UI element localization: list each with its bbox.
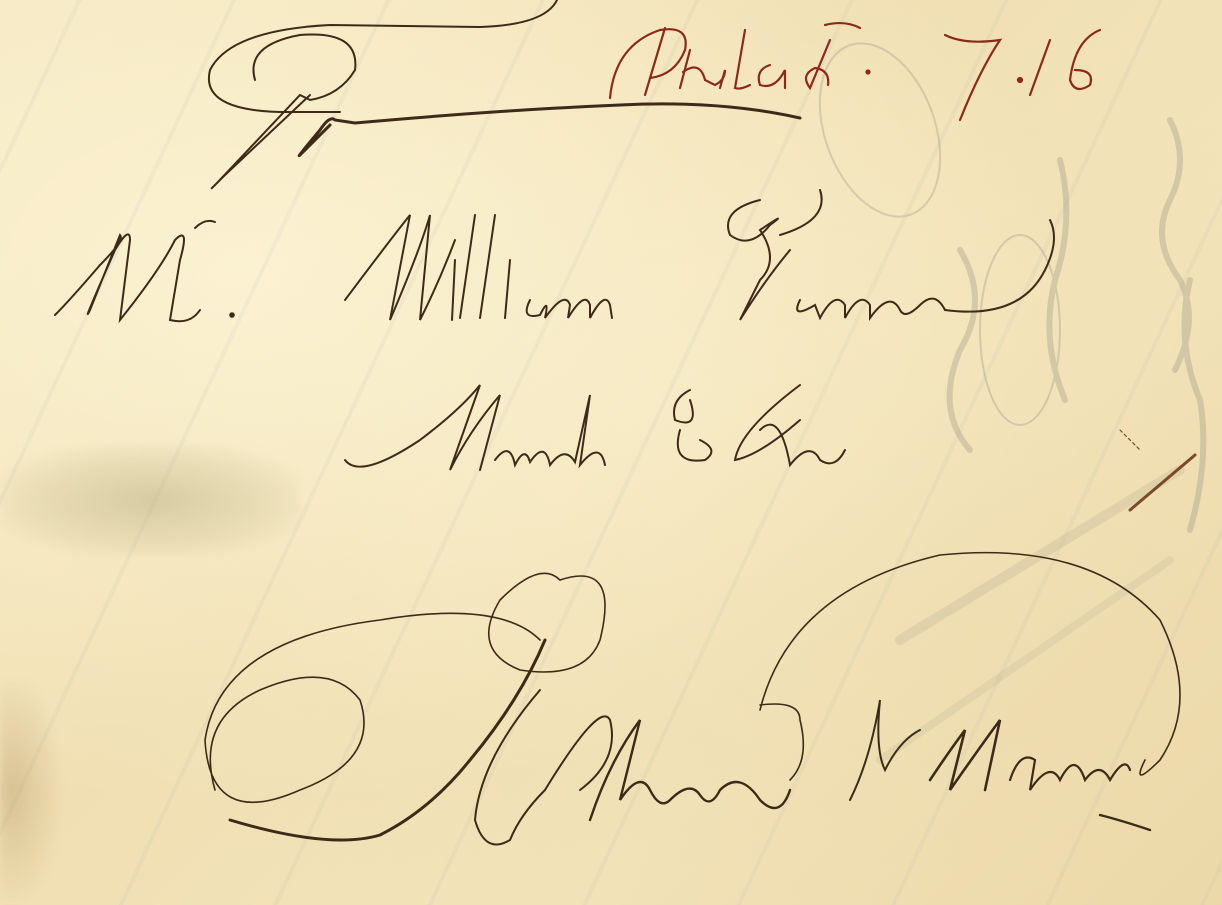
routing-mark-pr [209,0,800,188]
letter-cover: pr. Philad 7.16 Mr. William Vernon Merch… [0,0,1222,905]
bleed-through-script [798,27,1204,760]
addressee-place [205,553,1180,845]
handwriting-layer [0,0,1222,905]
addressee-occupation [345,385,845,470]
addressee-name [55,190,1054,321]
